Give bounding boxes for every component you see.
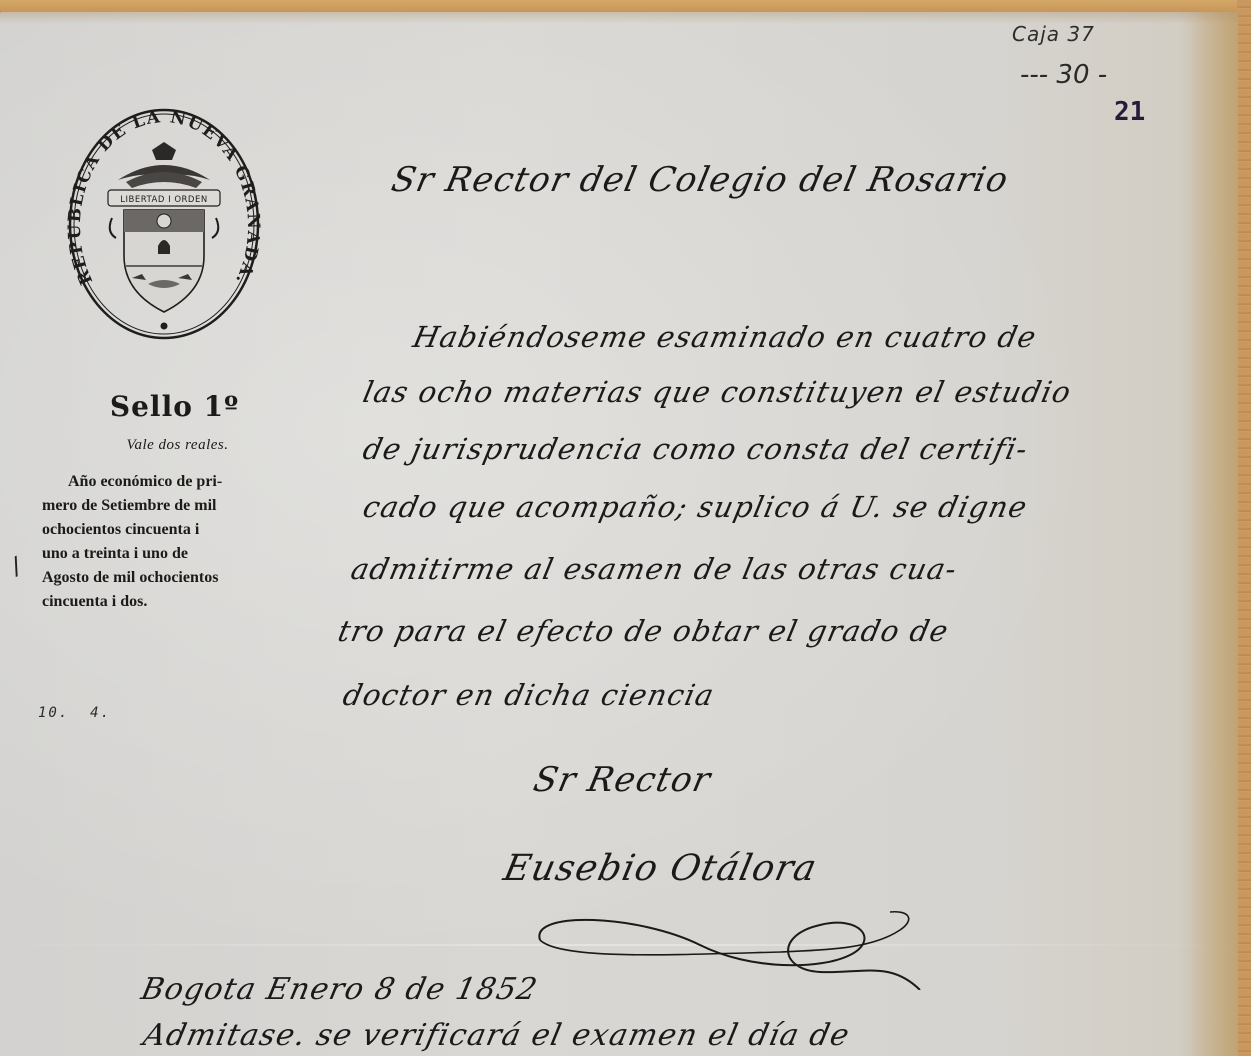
folio-number-stamped: 21 [1114, 97, 1145, 127]
signature-flourish-icon [520, 900, 940, 990]
fiscal-year-line: mero de Setiembre de mil [42, 494, 264, 518]
letter-body-line: tro para el efecto de obtar el grado de [335, 614, 952, 648]
fiscal-year-line: Año económico de pri- [42, 470, 264, 494]
archive-box-label: Caja 37 [1012, 22, 1095, 46]
letter-body-line: las ocho materias que constituyen el est… [360, 375, 1075, 409]
letter-body-line: cado que acompaño; suplico á U. se digne [360, 490, 1031, 524]
letter-body-line: Habiéndoseme esaminado en cuatro de [410, 320, 1040, 354]
wooden-surface-right [1237, 0, 1251, 1056]
stamp-value: Vale dos reales. [60, 437, 295, 454]
fiscal-year-line: Agosto de mil ochocientos [42, 566, 264, 590]
stamped-paper-block: Sello 1º Vale dos reales. Año económico … [40, 390, 295, 614]
letter-body-line: admitirme al esamen de las otras cua- [348, 552, 961, 586]
letter-closing: Sr Rector [530, 760, 715, 800]
margin-numbers: 10. 4. [38, 705, 111, 721]
republic-seal-icon: REPUBLICA DE LA NUEVA GRANADA. LIBERTAD … [66, 106, 262, 342]
seal-motto: LIBERTAD I ORDEN [120, 195, 207, 205]
letter-body-line: doctor en dicha ciencia [340, 678, 718, 712]
fiscal-year-text: Año económico de pri- mero de Setiembre … [40, 470, 264, 614]
fiscal-year-line: ochocientos cincuenta i [42, 518, 264, 542]
fiscal-year-line: cincuenta i dos. [42, 590, 264, 614]
folio-number-handwritten: --- 30 - [1020, 60, 1107, 90]
letter-body-line: de jurisprudencia como consta del certif… [360, 432, 1031, 466]
stamp-title: Sello 1º [54, 390, 295, 423]
decree-date-line: Bogota Enero 8 de 1852 [138, 972, 541, 1007]
paper-edge-stain-right [1178, 12, 1238, 1056]
fiscal-year-line: uno a treinta i uno de [42, 542, 264, 566]
letter-signature: Eusebio Otálora [500, 848, 821, 889]
letter-salutation: Sr Rector del Colegio del Rosario [388, 160, 1012, 200]
decree-text-line: Admitase. se verificará el examen el día… [140, 1018, 853, 1053]
